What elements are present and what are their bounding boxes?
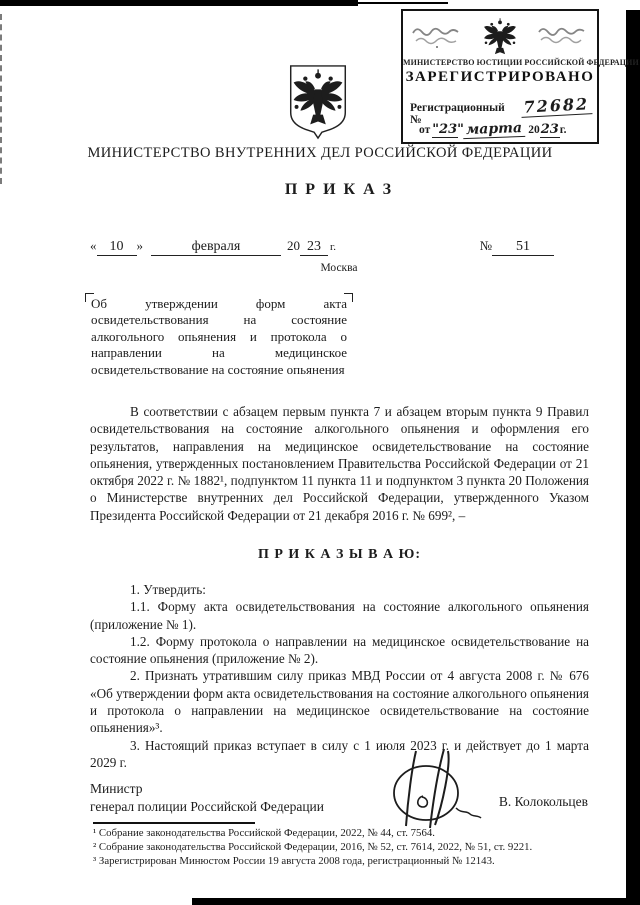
order-item-3: 3. Настоящий приказ вступает в силу с 1 … bbox=[90, 737, 589, 772]
order-item-1-2: 1.2. Форму протокола о направлении на ме… bbox=[90, 633, 589, 668]
date-day-field: 10 bbox=[97, 239, 137, 256]
order-item-2: 2. Признать утратившим силу приказ МВД Р… bbox=[90, 667, 589, 736]
stamp-reg-number-handwritten: 72682 bbox=[521, 94, 593, 118]
registration-stamp: МИНИСТЕРСТВО ЮСТИЦИИ РОССИЙСКОЙ ФЕДЕРАЦИ… bbox=[401, 9, 599, 144]
signature-scribble-icon bbox=[378, 746, 484, 832]
stamp-from-label: от bbox=[419, 124, 430, 136]
scan-artifact-top-line bbox=[356, 2, 448, 4]
stamp-date-line: от "23" марта 20 23 г. bbox=[419, 121, 595, 138]
signer-title-line1: Министр bbox=[90, 780, 324, 798]
order-number-field: 51 bbox=[492, 239, 554, 256]
scan-artifact-left-edge bbox=[0, 14, 2, 184]
stamp-registered-label: ЗАРЕГИСТРИРОВАНО bbox=[403, 69, 597, 86]
date-month-field: февраля bbox=[151, 239, 281, 256]
scan-artifact-top-bar bbox=[0, 0, 358, 6]
city-label: Москва bbox=[90, 262, 588, 274]
order-item-1-1: 1.1. Форму акта освидетельствования на с… bbox=[90, 598, 589, 633]
scan-artifact-right-bar bbox=[626, 10, 640, 905]
signer-title-line2: генерал полиции Российской Федерации bbox=[90, 798, 324, 816]
date-year-suffix: г. bbox=[330, 241, 336, 253]
footnote-3: ³ Зарегистрирован Минюстом России 19 авг… bbox=[93, 855, 587, 869]
date-number-row: « 10 » февраля 20 23 г. № 51 bbox=[90, 238, 588, 256]
stamp-agency-title: МИНИСТЕРСТВО ЮСТИЦИИ РОССИЙСКОЙ ФЕДЕРАЦИ… bbox=[403, 58, 597, 67]
stamp-date-month-handwritten: марта bbox=[463, 120, 526, 139]
footnote-1: ¹ Собрание законодательства Российской Ф… bbox=[93, 827, 587, 841]
order-item-1: 1. Утвердить: bbox=[90, 581, 589, 598]
preamble-paragraph: В соответствии с абзацем первым пункта 7… bbox=[90, 403, 589, 524]
subject-block: Об утверждении форм акта освидетельствов… bbox=[91, 296, 347, 378]
footnote-2: ² Собрание законодательства Российской Ф… bbox=[93, 841, 587, 855]
order-word: П Р И К А З Ы В А Ю: bbox=[90, 547, 589, 563]
document-page: МИНИСТЕРСТВО ЮСТИЦИИ РОССИЙСКОЙ ФЕДЕРАЦИ… bbox=[0, 0, 640, 905]
signer-title: Министр генерал полиции Российской Федер… bbox=[90, 780, 324, 815]
stamp-year-prefix: 20 bbox=[528, 124, 540, 136]
coat-of-arms-icon bbox=[286, 64, 350, 140]
stamp-eagle-icon bbox=[479, 16, 521, 58]
ministry-title: МИНИСТЕРСТВО ВНУТРЕННИХ ДЕЛ РОССИЙСКОЙ Ф… bbox=[70, 145, 570, 162]
signer-name: В. Колокольцев bbox=[468, 794, 588, 810]
footnote-separator bbox=[93, 822, 255, 824]
stamp-date-day-handwritten: "23" bbox=[432, 122, 458, 138]
order-items: 1. Утвердить: 1.1. Форму акта освидетель… bbox=[90, 581, 589, 771]
document-type-title: П Р И К А З bbox=[90, 181, 588, 199]
date-quote-close: » bbox=[137, 238, 144, 254]
date-year-field: 23 bbox=[300, 239, 328, 256]
scan-artifact-bottom-bar bbox=[192, 898, 640, 905]
order-number-group: № 51 bbox=[480, 238, 554, 256]
footnotes: ¹ Собрание законодательства Российской Ф… bbox=[93, 827, 587, 868]
stamp-smudge-left-icon bbox=[411, 21, 463, 51]
order-number-label: № bbox=[480, 238, 492, 254]
date-year-prefix: 20 bbox=[287, 238, 300, 254]
stamp-year-handwritten: 23 bbox=[540, 122, 560, 138]
stamp-year-suffix: г. bbox=[560, 124, 567, 136]
stamp-smudge-right-icon bbox=[537, 21, 589, 51]
